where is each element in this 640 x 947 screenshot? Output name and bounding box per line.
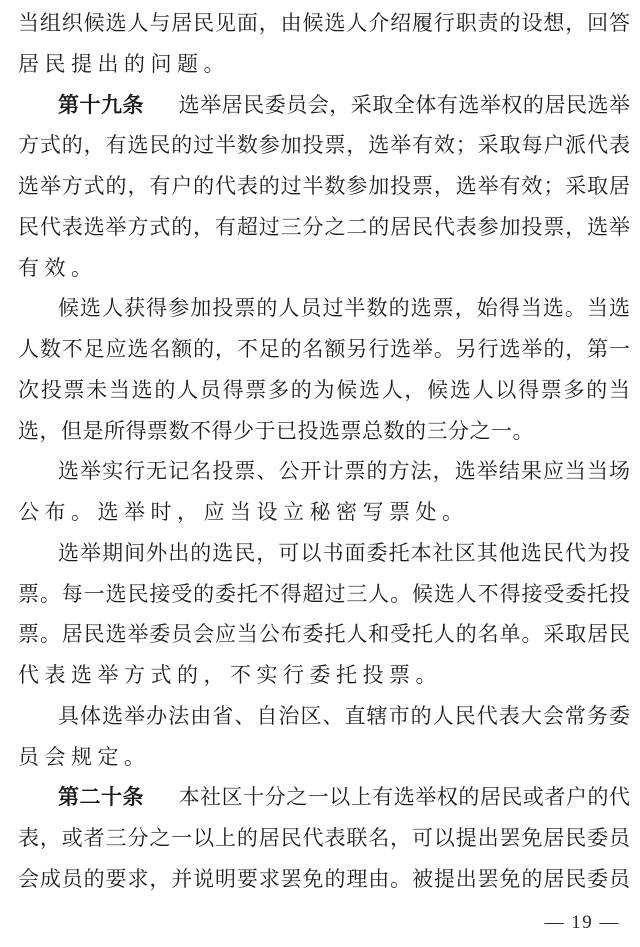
line-text: 选举居民委员会，采取全体有选举权的居民选举 (178, 93, 630, 117)
line-text: 选举期间外出的选民，可以书面委托本社区其他选民代为投 (58, 541, 630, 565)
line-text: 民代表选举方式的，有超过三分之二的居民代表参加投票，选举 (18, 215, 630, 239)
text-line: 人数不足应选名额的，不足的名额另行选举。另行选举的，第一 (18, 329, 630, 370)
text-line: 民代表选举方式的，有超过三分之二的居民代表参加投票，选举 (18, 207, 630, 248)
text-line: 选举实行无记名投票、公开计票的方法，选举结果应当当场 (18, 451, 630, 492)
text-line: 票。居民选举委员会应当公布委托人和受托人的名单。采取居民 (18, 614, 630, 655)
line-text: 员会规定。 (18, 745, 151, 769)
article-heading-gap (144, 803, 178, 804)
text-line: 员会规定。 (18, 737, 630, 778)
line-text: 有效。 (18, 256, 98, 280)
page-number: — 19 — (545, 912, 621, 933)
line-text: 票。居民选举委员会应当公布委托人和受托人的名单。采取居民 (18, 622, 630, 646)
text-line: 代表选举方式的，不实行委托投票。 (18, 655, 630, 696)
line-text: 候选人获得参加投票的人员过半数的选票，始得当选。当选 (58, 296, 630, 320)
text-line: 选举方式的，有户的代表的过半数参加投票，选举有效；采取居 (18, 166, 630, 207)
line-text: 代表选举方式的，不实行委托投票。 (18, 663, 442, 687)
text-line: 居民提出的问题。 (18, 44, 630, 85)
article-number: 第二十条 (58, 785, 144, 809)
text-line: 方式的，有选民的过半数参加投票，选举有效；采取每户派代表 (18, 125, 630, 166)
text-line: 有效。 (18, 248, 630, 289)
line-text: 公布。选举时，应当设立秘密写票处。 (18, 500, 469, 524)
line-text: 当组织候选人与居民见面，由候选人介绍履行职责的设想，回答 (18, 11, 630, 35)
line-text: 本社区十分之一以上有选举权的居民或者户的代 (178, 785, 630, 809)
article-number: 第十九条 (58, 93, 144, 117)
page-footer: — 19 — (545, 906, 621, 940)
text-line: 选，但是所得票数不得少于已投选票总数的三分之一。 (18, 411, 630, 452)
text-line: 票。每一选民接受的委托不得超过三人。候选人不得接受委托投 (18, 574, 630, 615)
line-text: 方式的，有选民的过半数参加投票，选举有效；采取每户派代表 (18, 133, 630, 157)
line-text: 选，但是所得票数不得少于已投选票总数的三分之一。 (18, 419, 534, 443)
text-line: 会成员的要求，并说明要求罢免的理由。被提出罢免的居民委员 (18, 859, 630, 900)
line-text: 会成员的要求，并说明要求罢免的理由。被提出罢免的居民委员 (18, 867, 630, 891)
line-text: 选举方式的，有户的代表的过半数参加投票，选举有效；采取居 (18, 174, 630, 198)
text-line: 具体选举办法由省、自治区、直辖市的人民代表大会常务委 (18, 696, 630, 737)
line-text: 居民提出的问题。 (18, 52, 230, 76)
line-text: 选举实行无记名投票、公开计票的方法，选举结果应当当场 (58, 459, 630, 483)
text-line: 第十九条选举居民委员会，采取全体有选举权的居民选举 (18, 85, 630, 126)
line-text: 表，或者三分之一以上的居民代表联名，可以提出罢免居民委员 (18, 826, 630, 850)
document-page: 当组织候选人与居民见面，由候选人介绍履行职责的设想，回答居民提出的问题。第十九条… (0, 0, 640, 947)
text-line: 公布。选举时，应当设立秘密写票处。 (18, 492, 630, 533)
text-line: 候选人获得参加投票的人员过半数的选票，始得当选。当选 (18, 288, 630, 329)
article-heading-gap (144, 111, 178, 112)
text-line: 当组织候选人与居民见面，由候选人介绍履行职责的设想，回答 (18, 3, 630, 44)
text-line: 选举期间外出的选民，可以书面委托本社区其他选民代为投 (18, 533, 630, 574)
text-line: 第二十条本社区十分之一以上有选举权的居民或者户的代 (18, 777, 630, 818)
line-text: 具体选举办法由省、自治区、直辖市的人民代表大会常务委 (58, 704, 630, 728)
line-text: 次投票未当选的人员得票多的为候选人，候选人以得票多的当 (18, 378, 630, 402)
line-text: 票。每一选民接受的委托不得超过三人。候选人不得接受委托投 (18, 582, 630, 606)
text-line: 次投票未当选的人员得票多的为候选人，候选人以得票多的当 (18, 370, 630, 411)
line-text: 人数不足应选名额的，不足的名额另行选举。另行选举的，第一 (18, 337, 630, 361)
text-line: 表，或者三分之一以上的居民代表联名，可以提出罢免居民委员 (18, 818, 630, 859)
text-block: 当组织候选人与居民见面，由候选人介绍履行职责的设想，回答居民提出的问题。第十九条… (18, 3, 630, 900)
